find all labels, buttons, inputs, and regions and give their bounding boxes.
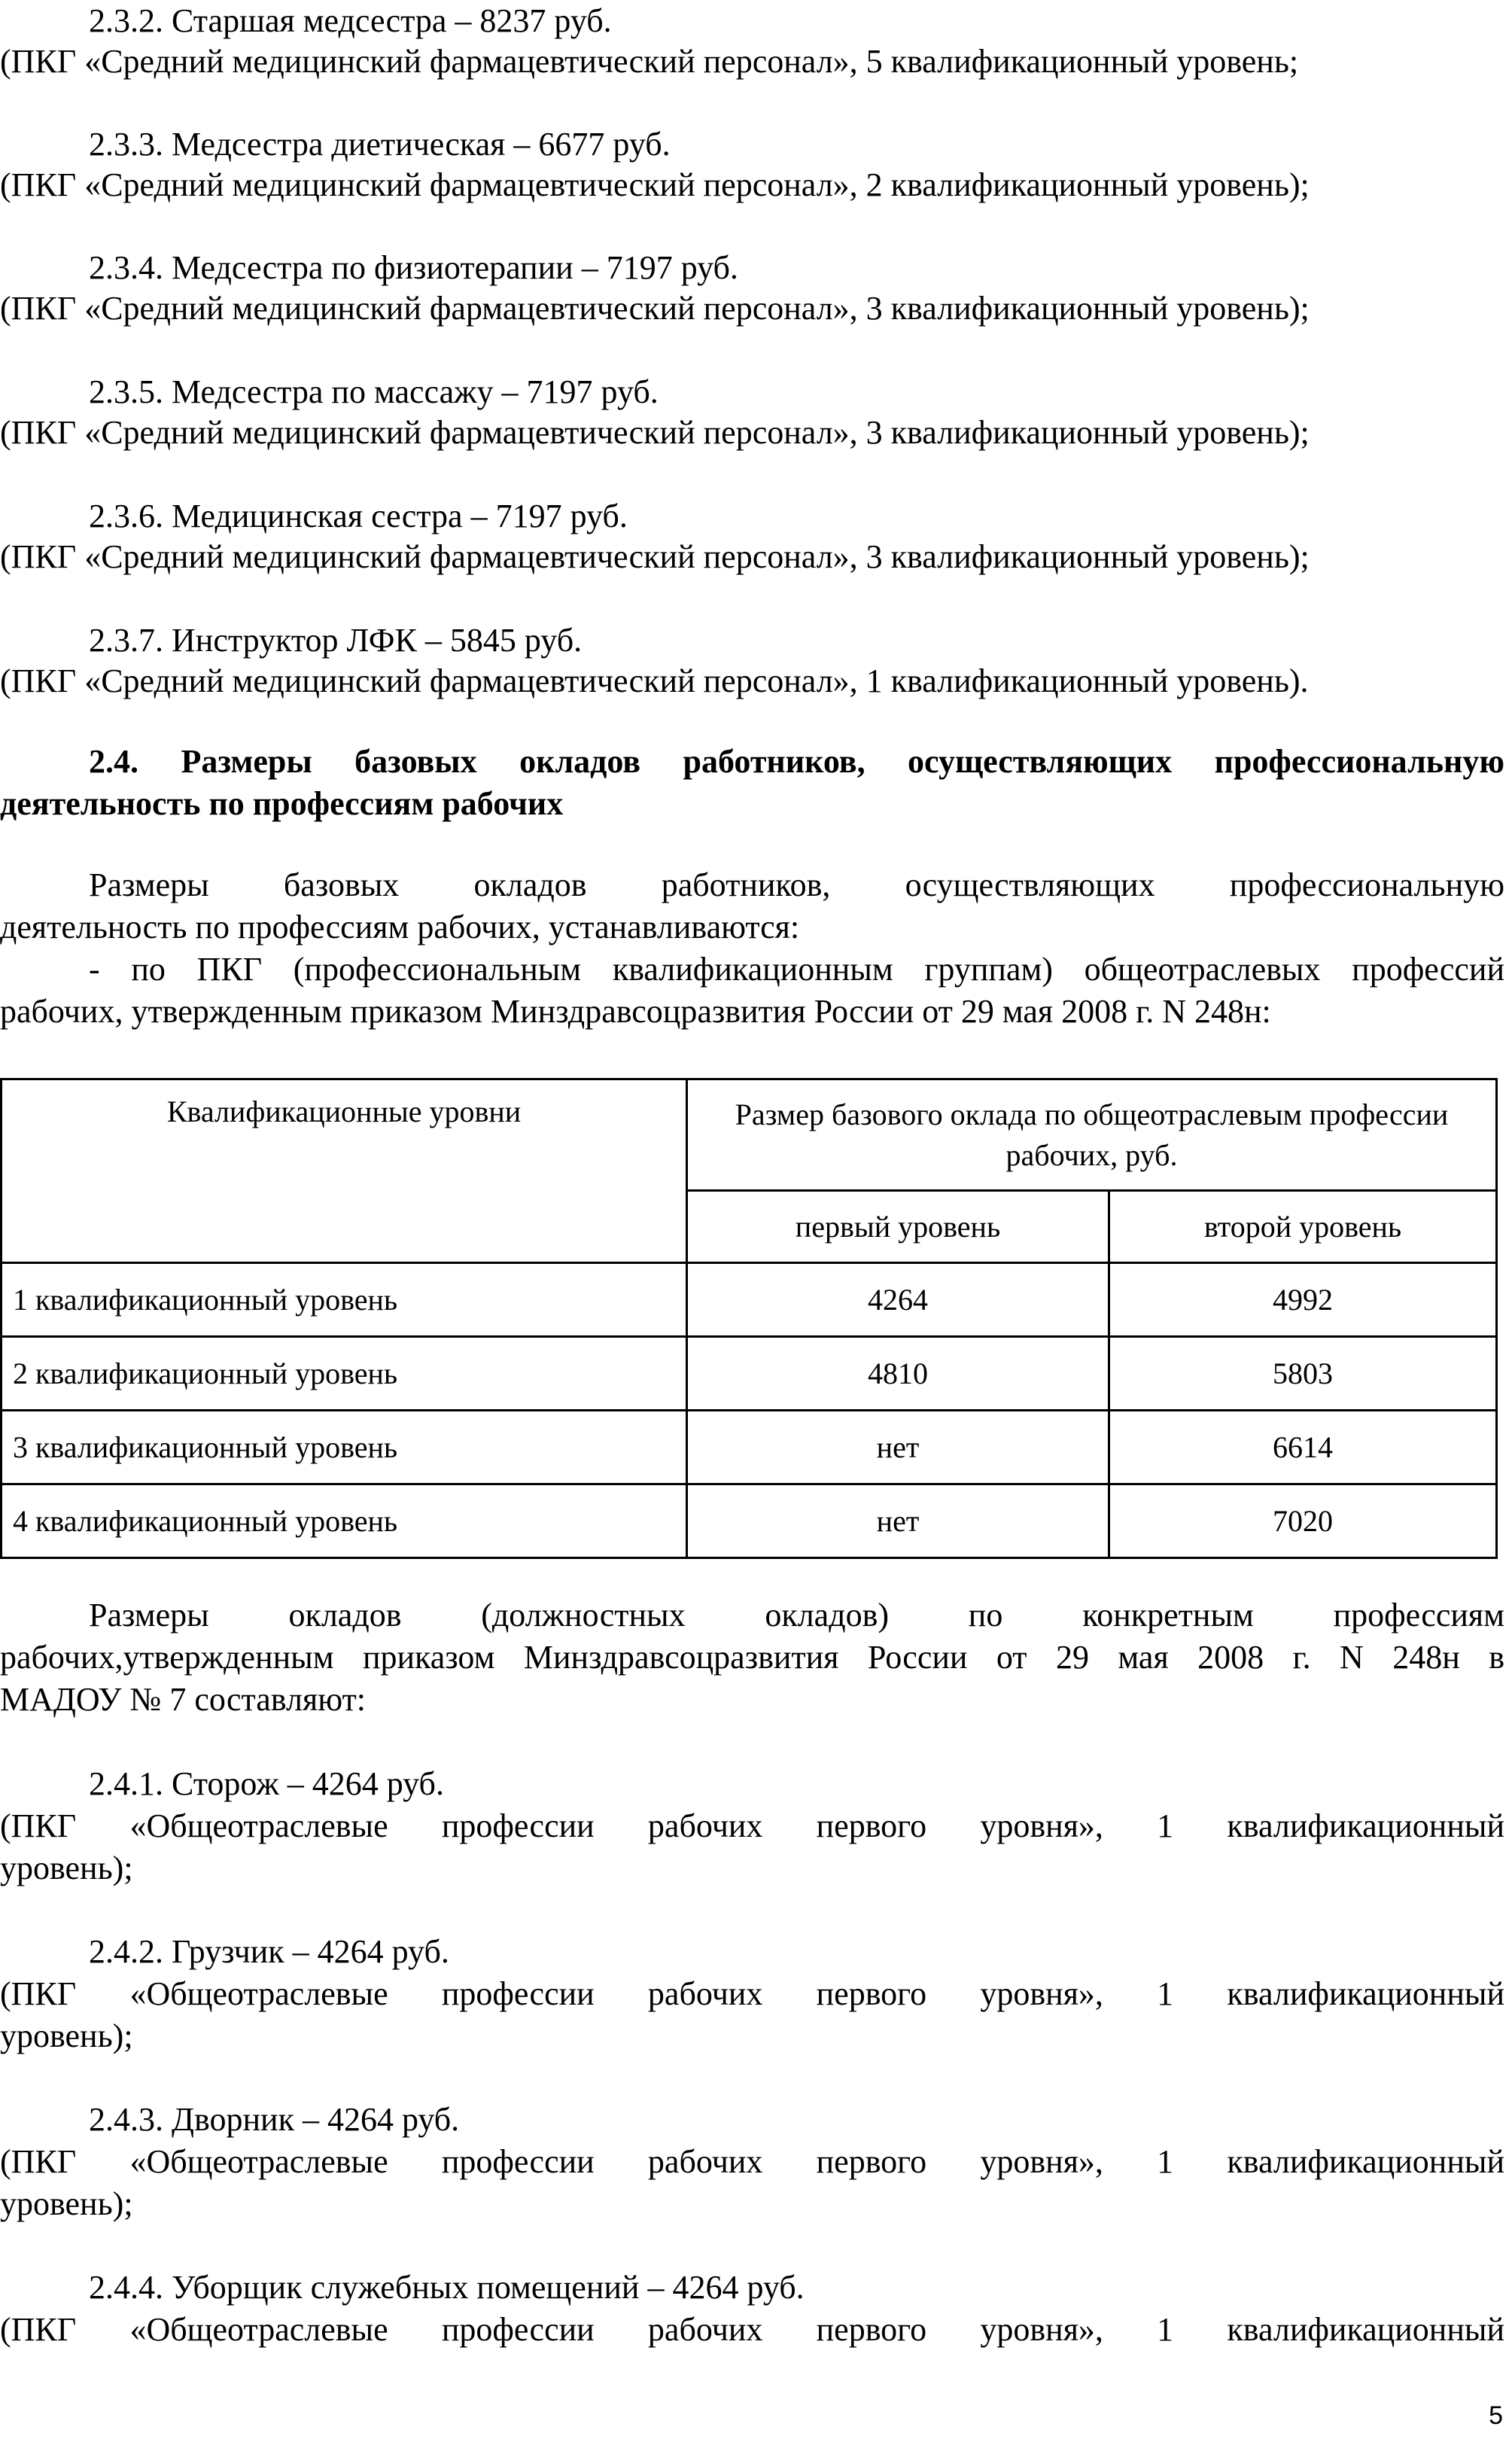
item-2-3-7-pkg: (ПКГ «Средний медицинский фармацевтическ… (0, 660, 1504, 702)
item-2-3-3-title: 2.3.3. Медсестра диетическая – 6677 руб. (0, 123, 1504, 166)
row-first: 4810 (687, 1337, 1109, 1411)
section-heading-2-4-cont: деятельность по профессиям рабочих (0, 783, 1504, 825)
row-second: 5803 (1109, 1337, 1497, 1411)
item-2-3-4-pkg: (ПКГ «Средний медицинский фармацевтическ… (0, 288, 1504, 330)
header-first-level: первый уровень (687, 1191, 1109, 1263)
item-2-4-3-pkg: (ПКГ «Общеотраслевые профессии рабочих п… (0, 2141, 1504, 2183)
table-row: 4 квалификационный уровень нет 7020 (2, 1484, 1497, 1558)
row-second: 4992 (1109, 1263, 1497, 1337)
row-level: 3 квалификационный уровень (2, 1411, 687, 1484)
item-2-4-1-pkg-cont: уровень); (0, 1847, 1504, 1889)
paragraph-1: Размеры базовых окладов работников, осущ… (0, 864, 1504, 906)
item-2-4-2-pkg-cont: уровень); (0, 2015, 1504, 2057)
item-2-3-5-title: 2.3.5. Медсестра по массажу – 7197 руб. (0, 371, 1504, 413)
table-row: 2 квалификационный уровень 4810 5803 (2, 1337, 1497, 1411)
row-level: 1 квалификационный уровень (2, 1263, 687, 1337)
item-2-4-3-title: 2.4.3. Дворник – 4264 руб. (0, 2099, 1504, 2141)
salary-table: Квалификационные уровни Размер базового … (0, 1078, 1498, 1559)
item-2-4-1-pkg: (ПКГ «Общеотраслевые профессии рабочих п… (0, 1805, 1504, 1847)
row-first: 4264 (687, 1263, 1109, 1337)
row-first: нет (687, 1411, 1109, 1484)
item-2-3-6-title: 2.3.6. Медицинская сестра – 7197 руб. (0, 495, 1504, 537)
item-2-4-2-pkg: (ПКГ «Общеотраслевые профессии рабочих п… (0, 1973, 1504, 2015)
item-2-4-1-title: 2.4.1. Сторож – 4264 руб. (0, 1763, 1504, 1805)
paragraph-1-cont: деятельность по профессиям рабочих, уста… (0, 906, 1504, 948)
item-2-3-2-pkg: (ПКГ «Средний медицинский фармацевтическ… (0, 41, 1504, 83)
item-2-3-5-pkg: (ПКГ «Средний медицинский фармацевтическ… (0, 412, 1504, 454)
table-row: 3 квалификационный уровень нет 6614 (2, 1411, 1497, 1484)
section-heading-2-4: 2.4. Размеры базовых окладов работников,… (0, 741, 1504, 783)
header-second-level: второй уровень (1109, 1191, 1497, 1263)
item-2-4-2-title: 2.4.2. Грузчик – 4264 руб. (0, 1931, 1504, 1973)
header-salary: Размер базового оклада по общеотраслевым… (687, 1079, 1497, 1191)
item-2-4-3-pkg-cont: уровень); (0, 2183, 1504, 2225)
row-second: 7020 (1109, 1484, 1497, 1558)
paragraph-3: Размеры окладов (должностных окладов) по… (0, 1594, 1504, 1637)
item-2-3-6-pkg: (ПКГ «Средний медицинский фармацевтическ… (0, 536, 1504, 578)
row-level: 4 квалификационный уровень (2, 1484, 687, 1558)
row-level: 2 квалификационный уровень (2, 1337, 687, 1411)
item-2-4-4-pkg: (ПКГ «Общеотраслевые профессии рабочих п… (0, 2309, 1504, 2351)
paragraph-2: - по ПКГ (профессиональным квалификацион… (0, 948, 1504, 991)
page-number: 5 (1489, 2401, 1503, 2431)
item-2-3-7-title: 2.3.7. Инструктор ЛФК – 5845 руб. (0, 620, 1504, 662)
row-first: нет (687, 1484, 1109, 1558)
header-levels: Квалификационные уровни (2, 1079, 687, 1263)
item-2-3-2-title: 2.3.2. Старшая медсестра – 8237 руб. (0, 0, 1504, 42)
item-2-4-4-title: 2.4.4. Уборщик служебных помещений – 426… (0, 2267, 1504, 2309)
paragraph-3-end: МАДОУ № 7 составляют: (0, 1679, 1504, 1721)
paragraph-3-cont: рабочих,утвержденным приказом Минздравсо… (0, 1637, 1504, 1679)
table-row: 1 квалификационный уровень 4264 4992 (2, 1263, 1497, 1337)
row-second: 6614 (1109, 1411, 1497, 1484)
paragraph-2-cont: рабочих, утвержденным приказом Минздравс… (0, 991, 1504, 1033)
item-2-3-3-pkg: (ПКГ «Средний медицинский фармацевтическ… (0, 164, 1504, 206)
item-2-3-4-title: 2.3.4. Медсестра по физиотерапии – 7197 … (0, 247, 1504, 289)
